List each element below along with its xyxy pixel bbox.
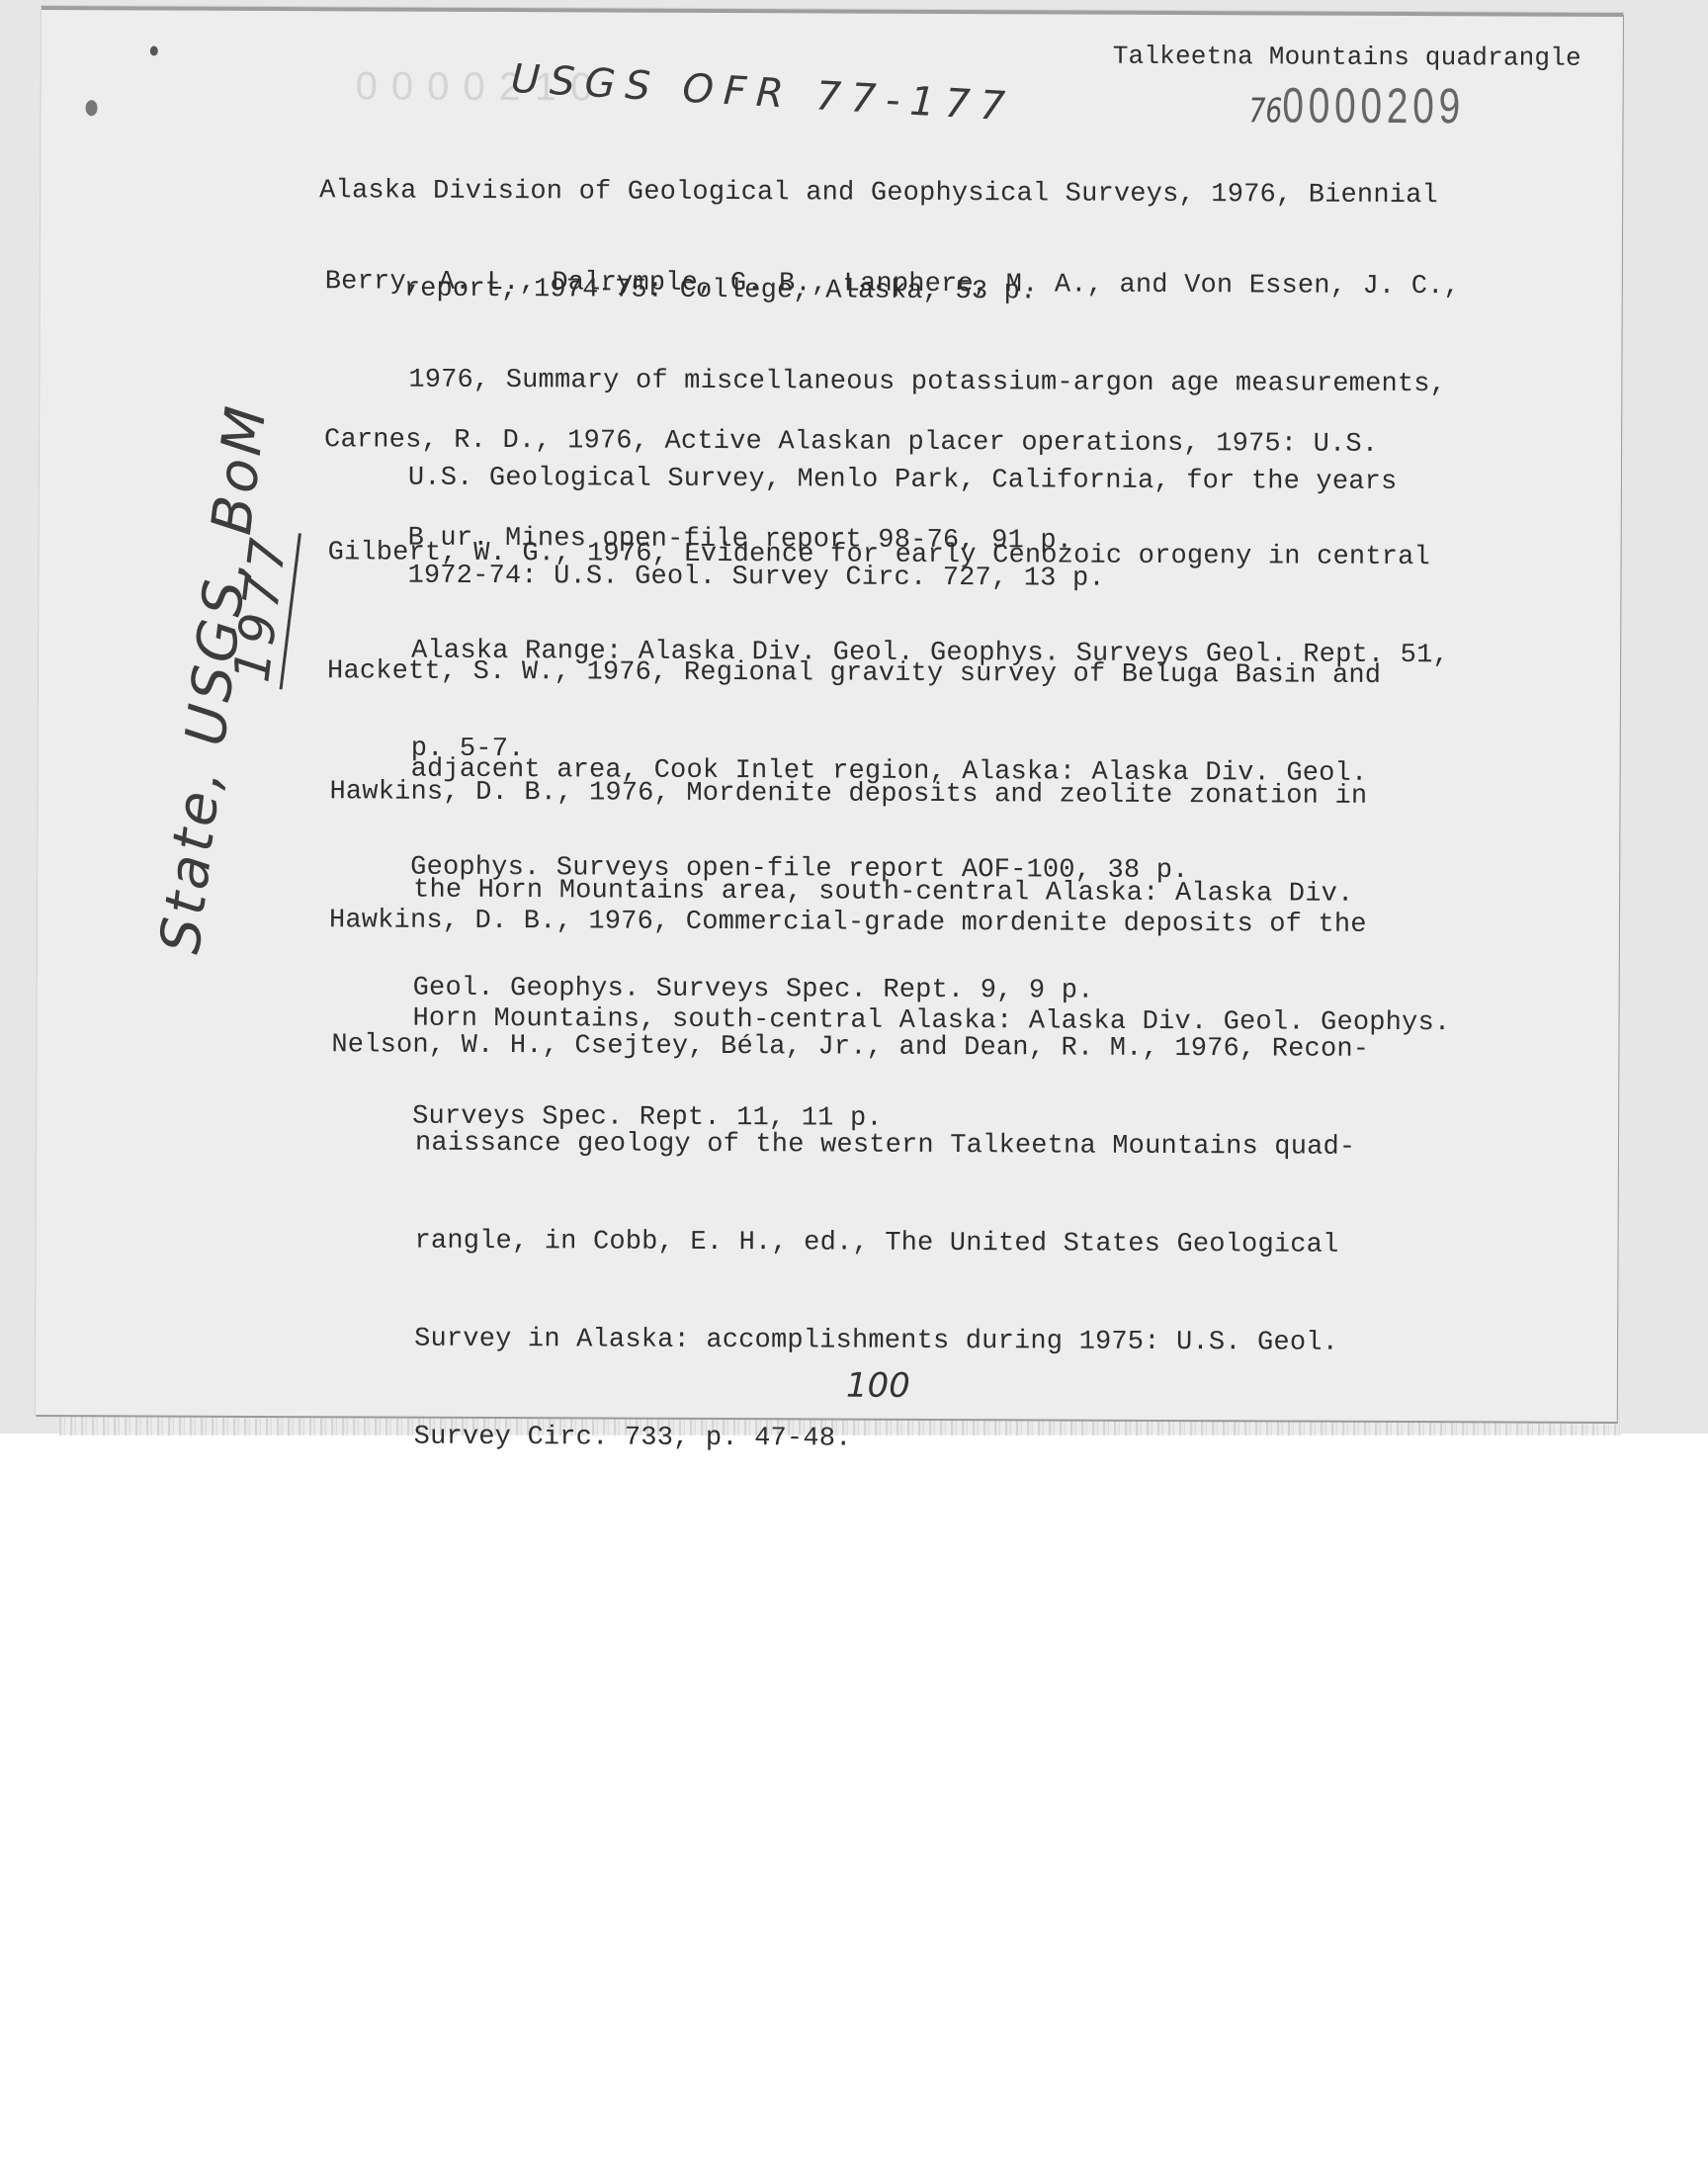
reference-continuation-line: naissance geology of the western Talkeet… xyxy=(415,1128,1369,1165)
reference-first-line: Nelson, W. H., Csejtey, Béla, Jr., and D… xyxy=(331,1029,1369,1067)
handwritten-page-number: 100 xyxy=(846,1366,910,1406)
reference-first-line: Berry, A. L., Dalrymple, G. B., Lanphere… xyxy=(325,266,1460,304)
reference-first-line: Hackett, S. W., 1976, Regional gravity s… xyxy=(327,655,1381,693)
document-page: 0000210 Talkeetna Mountains quadrangle U… xyxy=(36,6,1623,1422)
quadrangle-header: Talkeetna Mountains quadrangle xyxy=(1113,41,1581,75)
paper-speck xyxy=(86,100,98,116)
reference-continuation-line: Survey Circ. 733, p. 47-48. xyxy=(414,1422,1368,1458)
reference-entry: Nelson, W. H., Csejtey, Béla, Jr., and D… xyxy=(329,964,1369,1523)
reference-continuation-line: Survey in Alaska: accomplishments during… xyxy=(414,1324,1368,1360)
reference-continuation-line: rangle, in Cobb, E. H., ed., The United … xyxy=(414,1226,1368,1262)
reference-first-line: Hawkins, D. B., 1976, Commercial-grade m… xyxy=(329,905,1451,942)
paper-speck xyxy=(150,45,158,55)
reference-first-line: Gilbert, W. G., 1976, Evidence for early… xyxy=(328,537,1450,574)
reference-first-line: Carnes, R. D., 1976, Active Alaskan plac… xyxy=(324,424,1378,462)
reference-first-line: Hawkins, D. B., 1976, Mordenite deposits… xyxy=(329,776,1367,814)
